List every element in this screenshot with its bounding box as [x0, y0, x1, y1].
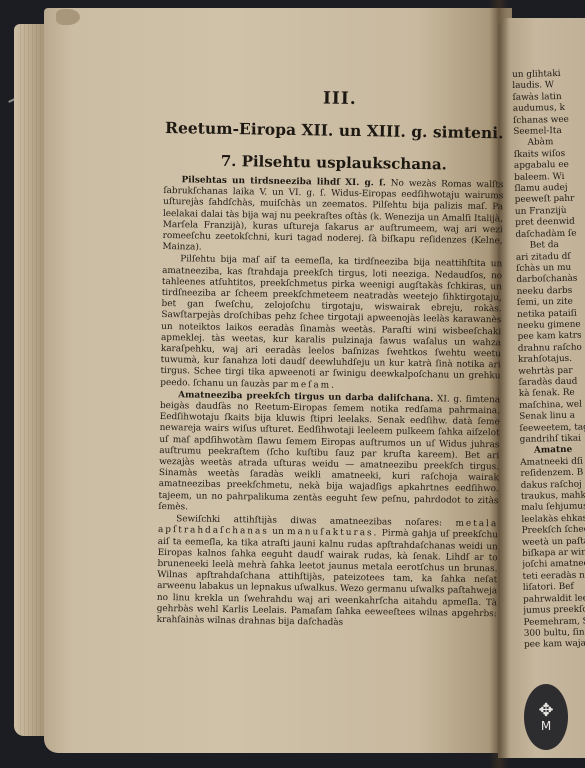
facing-page-line: gandrihſ tikai	[520, 433, 585, 446]
watermark-letter: M	[541, 720, 551, 732]
paragraph-text: un	[269, 527, 287, 537]
facing-page-line: daſchadàm ſe	[515, 228, 585, 241]
torn-page-corner	[56, 9, 80, 25]
spaced-term: manuſakturas.	[287, 527, 378, 538]
facing-page-line: Senak linu a	[519, 410, 585, 423]
facing-page-line: pret deenwid	[515, 217, 585, 230]
paragraph-text: Pilſehtu bija maſ aiſ ta eemeſla, ka tir…	[160, 255, 502, 390]
facing-page-line: teti eeradàs n	[523, 570, 585, 583]
body-text: Pilsehtas un tirdsneeziba lihdſ XI. g. ſ…	[157, 175, 504, 631]
book-photo: III. Reetum-Eiropa XII. un XIII. g. simt…	[0, 0, 585, 768]
left-page-text: III. Reetum-Eiropa XII. un XIII. g. simt…	[157, 86, 505, 632]
paragraph-text: No wezàs Romas walſts ſabrukſchanas laik…	[162, 178, 503, 252]
spaced-term: meſam.	[290, 380, 336, 391]
paragraph: Pilsehtas un tirdsneeziba lihdſ XI. g. ſ…	[162, 175, 503, 259]
section-title: 7. Pilsehtu usplaukschana.	[164, 151, 504, 174]
facing-page-line: pee kam wajadſ	[524, 639, 585, 652]
facing-page-line: peeweſt pahr	[515, 194, 585, 207]
chapter-title: Reetum-Eiropa XII. un XIII. g. simteni.	[164, 118, 504, 142]
paragraph-text: Pirmà gahja uſ preekſchu aiſ ta eemeſla,…	[157, 529, 499, 628]
facing-page-line: Preekſch ſcheem	[522, 524, 585, 537]
paragraph: Pilſehtu bija maſ aiſ ta eemeſla, ka tir…	[160, 254, 502, 394]
part-number: III.	[175, 86, 505, 111]
facing-page-line: jumus preekſch	[523, 604, 585, 617]
paragraph: Sewiſchki attihſtijàs diwas amatneezibas…	[157, 514, 499, 631]
ornament-icon: ✥	[538, 702, 553, 720]
facing-page-line: reſidenzem. B	[520, 467, 585, 480]
facing-page-line: darboſchanàs	[516, 274, 585, 287]
watermark-badge: ✥ M	[524, 684, 568, 750]
paragraph-text: XI. g. ſimtena beigàs daudſàs no Reetum-…	[158, 394, 500, 512]
facing-page-text: un glihtakilaudis. Wſawàs latinaudumus, …	[512, 68, 585, 651]
facing-page-line: drahnu raſcho	[518, 342, 585, 355]
paragraph: Amatneeziba preekſch tirgus un darba dal…	[158, 390, 500, 519]
